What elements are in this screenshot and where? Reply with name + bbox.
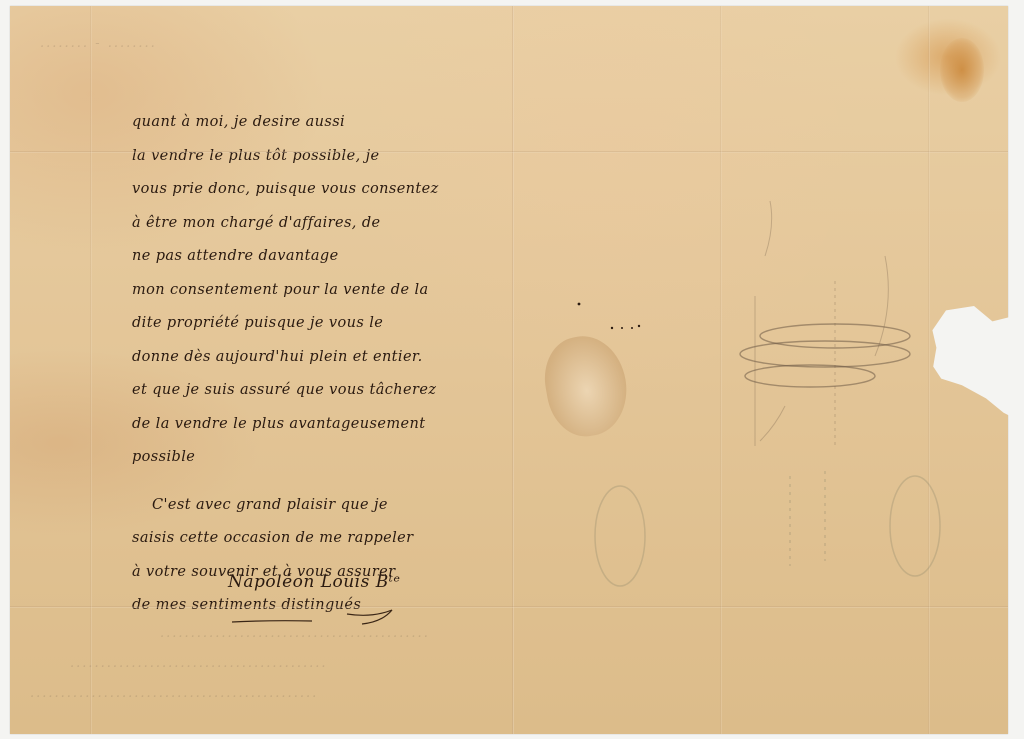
- ink-dots: [575, 302, 645, 332]
- letter-sheet: ........ - ........ quant à moi, je desi…: [10, 6, 1008, 734]
- rust-stain: [940, 38, 984, 102]
- letter-line: à être mon chargé d'affaires, de: [132, 207, 492, 241]
- letter-line: donne dès aujourd'hui plein et entier.: [132, 341, 492, 375]
- letter-line: de la vendre le plus avantageusement: [132, 408, 492, 442]
- bleed-through-line: ........................................…: [30, 686, 318, 701]
- closing-line: C'est avec grand plaisir que je: [132, 489, 492, 523]
- fold-line: [720, 6, 722, 734]
- letter-line: mon consentement pour la vente de la: [132, 274, 492, 308]
- closing-line: saisis cette occasion de me rappeler: [132, 522, 492, 556]
- bleed-through-line: ........................................…: [70, 656, 328, 671]
- letter-line: ne pas attendre davantage: [132, 240, 492, 274]
- signature-flourish: [232, 608, 402, 628]
- letter-line: dite propriété puisque je vous le: [132, 307, 492, 341]
- fold-line: [10, 606, 1008, 608]
- letter-body: quant à moi, je desire aussi la vendre l…: [132, 106, 492, 623]
- signature: Napoléon Louis Bᵗᵉ: [228, 572, 401, 592]
- faded-header: ........ - ........: [40, 36, 157, 51]
- letter-line: la vendre le plus tôt possible, je: [132, 140, 492, 174]
- letter-line: vous prie donc, puisque vous consentez: [132, 173, 492, 207]
- bleed-through-line: ........................................…: [160, 626, 430, 641]
- letter-line: possible: [132, 441, 492, 475]
- closing-paragraph: C'est avec grand plaisir que je saisis c…: [132, 489, 492, 623]
- center-fold: [512, 6, 514, 734]
- fold-line: [10, 151, 1008, 153]
- letter-line: et que je suis assuré que vous tâcherez: [132, 374, 492, 408]
- address-flourish: [725, 186, 945, 456]
- fold-line: [90, 6, 92, 734]
- postmarks: [580, 466, 950, 596]
- letter-line: quant à moi, je desire aussi: [132, 106, 492, 140]
- left-page: ........ - ........ quant à moi, je desi…: [10, 6, 513, 734]
